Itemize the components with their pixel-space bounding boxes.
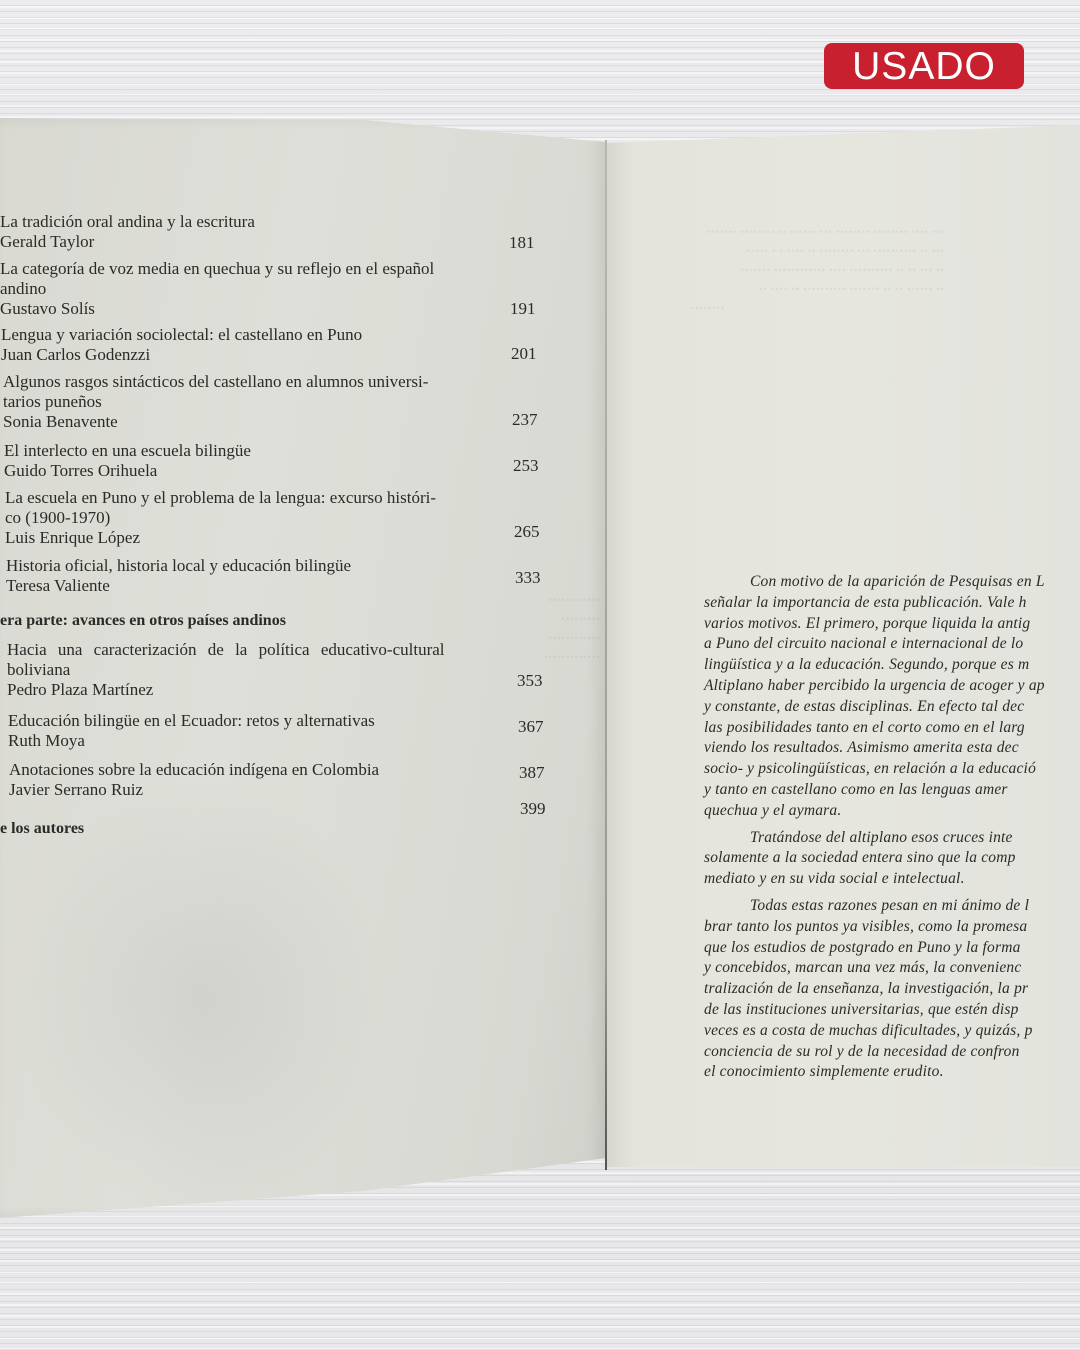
text-line: que los estudios de postgrado en Puno y …: [704, 938, 1080, 959]
toc-page-number: 367: [518, 717, 544, 737]
toc-entry: La categoría de voz media en quechua y s…: [0, 259, 434, 319]
toc-entry-title: tarios puneños: [3, 392, 428, 412]
toc-page-number: 387: [519, 763, 545, 783]
toc-entry-title: La escuela en Puno y el problema de la l…: [5, 488, 436, 508]
text-line: Todas estas razones pesan en mi ánimo de…: [704, 896, 1080, 917]
text-line: Tratándose del altiplano esos cruces int…: [704, 828, 1080, 849]
text-line: varios motivos. El primero, porque liqui…: [704, 614, 1080, 635]
toc-entry: Hacia una caracterización de la política…: [7, 640, 445, 700]
open-book: ··· ···· ········ ········ ··· ······ ··…: [0, 0, 1080, 1350]
book-gutter: [605, 140, 607, 1170]
text-line: Con motivo de la aparición de Pesquisas …: [704, 572, 1080, 593]
toc-entry-title: Lengua y variación sociolectal: el caste…: [1, 325, 362, 345]
toc-entry: Lengua y variación sociolectal: el caste…: [1, 325, 362, 365]
toc-entry-title: La tradición oral andina y la escritura: [0, 212, 255, 232]
toc-page-number: 399: [520, 799, 546, 819]
paragraph: Todas estas razones pesan en mi ánimo de…: [704, 896, 1080, 1083]
toc-entry-title: La categoría de voz media en quechua y s…: [0, 259, 434, 279]
toc-entry: El interlecto en una escuela bilingüe Gu…: [4, 441, 251, 481]
toc-entry-author: Gustavo Solís: [0, 299, 434, 319]
toc-entry-title: Educación bilingüe en el Ecuador: retos …: [8, 711, 375, 731]
paragraph: Tratándose del altiplano esos cruces int…: [704, 828, 1080, 890]
toc-page-number: 237: [512, 410, 538, 430]
toc-entry: Historia oficial, historia local y educa…: [6, 556, 351, 596]
toc-page-number: 333: [515, 568, 541, 588]
text-line: solamente a la sociedad entera sino que …: [704, 848, 1080, 869]
toc-entry-title: El interlecto en una escuela bilingüe: [4, 441, 251, 461]
toc-entry-author: Guido Torres Orihuela: [4, 461, 251, 481]
toc-entry-author: Juan Carlos Godenzzi: [1, 345, 362, 365]
text-line: socio- y psicolingüísticas, en relación …: [704, 759, 1080, 780]
toc-page-number: 353: [517, 671, 543, 691]
paragraph: Con motivo de la aparición de Pesquisas …: [704, 572, 1080, 822]
toc-entry-title: andino: [0, 279, 434, 299]
toc-entry-title: Anotaciones sobre la educación indígena …: [9, 760, 379, 780]
toc-entry: Educación bilingüe en el Ecuador: retos …: [8, 711, 375, 751]
toc-page-number: 191: [510, 299, 536, 319]
toc-entry-title: Hacia una caracterización de la política…: [7, 640, 445, 660]
text-line: Altiplano haber percibido la urgencia de…: [704, 676, 1080, 697]
toc-entry-author: Gerald Taylor: [0, 232, 255, 252]
toc-entry-title: boliviana: [7, 660, 445, 680]
toc-page-number: 181: [509, 233, 535, 253]
text-line: quechua y el aymara.: [704, 801, 1080, 822]
text-line: de las instituciones universitarias, que…: [704, 1000, 1080, 1021]
text-line: y tanto en castellano como en las lengua…: [704, 780, 1080, 801]
toc-entry-author: Luis Enrique López: [5, 528, 436, 548]
text-line: y concebidos, marcan una vez más, la con…: [704, 958, 1080, 979]
toc-entry-author: Ruth Moya: [8, 731, 375, 751]
text-line: señalar la importancia de esta publicaci…: [704, 593, 1080, 614]
text-line: lingüística y a la educación. Segundo, p…: [704, 655, 1080, 676]
toc-entry-author: Teresa Valiente: [6, 576, 351, 596]
toc-entry: La tradición oral andina y la escritura …: [0, 212, 255, 252]
text-line: veces es a costa de muchas dificultades,…: [704, 1021, 1080, 1042]
bleed-through-text-right: ··· ···· ········ ········ ··· ······ ··…: [690, 222, 945, 317]
text-line: mediato y en su vida social e intelectua…: [704, 869, 1080, 890]
text-line: a Puno del circuito nacional e internaci…: [704, 634, 1080, 655]
toc-entry: e los autores: [0, 819, 84, 839]
toc-entry: Algunos rasgos sintácticos del castellan…: [3, 372, 428, 432]
text-line: las posibilidades tanto en el corto como…: [704, 718, 1080, 739]
toc-entry-title: co (1900-1970): [5, 508, 436, 528]
toc-page-number: 253: [513, 456, 539, 476]
text-line: viendo los resultados. Asimismo amerita …: [704, 738, 1080, 759]
foreword-text: Con motivo de la aparición de Pesquisas …: [704, 572, 1080, 1089]
toc-page-number: 265: [514, 522, 540, 542]
text-line: tralización de la enseñanza, la investig…: [704, 979, 1080, 1000]
text-line: conciencia de su rol y de la necesidad d…: [704, 1042, 1080, 1063]
toc-entry-title: e los autores: [0, 819, 84, 839]
toc-entry: Anotaciones sobre la educación indígena …: [9, 760, 379, 800]
toc-section-heading: era parte: avances en otros países andin…: [0, 611, 286, 631]
text-line: y constante, de estas disciplinas. En ef…: [704, 697, 1080, 718]
text-line: brar tanto los puntos ya visibles, como …: [704, 917, 1080, 938]
table-of-contents: La tradición oral andina y la escritura …: [0, 0, 600, 1350]
toc-entry-title: Historia oficial, historia local y educa…: [6, 556, 351, 576]
toc-entry-author: Sonia Benavente: [3, 412, 428, 432]
toc-entry-title: Algunos rasgos sintácticos del castellan…: [3, 372, 428, 392]
toc-entry-author: Javier Serrano Ruiz: [9, 780, 379, 800]
text-line: el conocimiento simplemente erudito.: [704, 1062, 1080, 1083]
toc-page-number: 201: [511, 344, 537, 364]
toc-entry: La escuela en Puno y el problema de la l…: [5, 488, 436, 548]
toc-entry-author: Pedro Plaza Martínez: [7, 680, 445, 700]
